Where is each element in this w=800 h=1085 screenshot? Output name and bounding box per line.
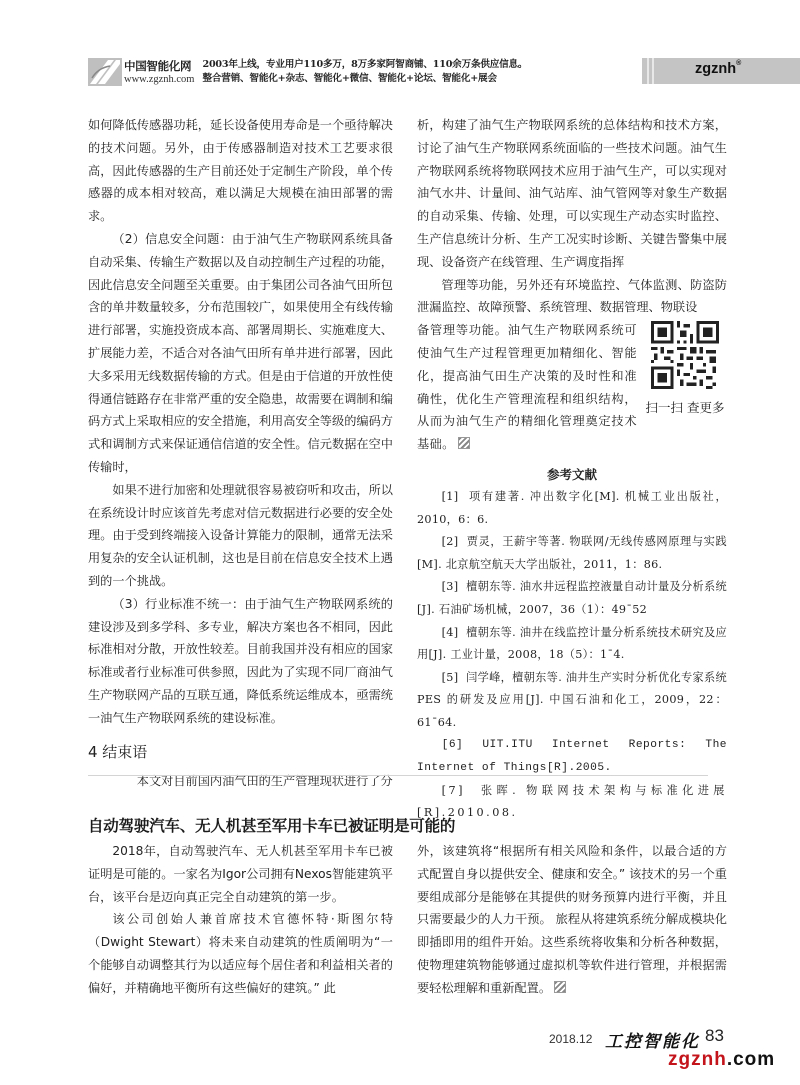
paragraph: 2018年，自动驾驶汽车、无人机甚至军用卡车已被证明是可能的。一家名为Igor公… <box>88 840 393 908</box>
tag-label-text: zgznh <box>695 61 736 77</box>
watermark-brand: zgznh <box>668 1049 727 1070</box>
tag-stripe <box>647 58 649 84</box>
reference-item: [6] UIT.ITU Internet Reports: The Intern… <box>417 734 727 779</box>
watermark: zgznh.com <box>668 1049 775 1071</box>
qr-caption: 扫一扫 查更多 <box>643 399 727 417</box>
section-heading: 4 结束语 <box>88 740 393 764</box>
paragraph: 如果不进行加密和处理就很容易被窃听和攻击，所以在系统设计时应该首先考虑对信元数据… <box>88 479 393 593</box>
paragraph: （3）行业标准不统一：由于油气生产物联网系统的建设涉及到多学科、多专业，解决方案… <box>88 593 393 730</box>
paragraph-text: 备管理等功能。油气生产物联网系统可使油气生产过程管理更加精细化、智能化，提高油气… <box>417 323 637 451</box>
slogans: 2003年上线，专业用户110多万，8万多家阿智商铺、110余万条供应信息。 整… <box>202 58 527 86</box>
brand-url-link[interactable]: www.zgznh.com <box>124 73 194 86</box>
conclusion-paragraph: 本文对目前国内油气田的生产管理现状进行了分 <box>88 770 393 793</box>
reference-number: [1] <box>442 490 459 503</box>
slogan-line-1: 2003年上线，专业用户110多万，8万多家阿智商铺、110余万条供应信息。 <box>202 58 527 72</box>
watermark-tld: .com <box>727 1049 775 1070</box>
reference-number: [6] <box>442 739 464 751</box>
reference-number: [7] <box>442 784 465 797</box>
paragraph-text: 外，该建筑将“根据所有相关风险和条件，以最合适的方式配置自身以提供安全、健康和安… <box>417 844 727 995</box>
article2-left-column: 2018年，自动驾驶汽车、无人机甚至军用卡车已被证明是可能的。一家名为Igor公… <box>88 840 393 1000</box>
reference-text: 贾灵，王薪宇等著. 物联网/无线传感网原理与实践[M]. 北京航空航天大学出版社… <box>417 535 727 571</box>
slogan-line-2: 整合营销、智能化+杂志、智能化+微信、智能化+论坛、智能化+展会 <box>202 72 527 86</box>
reference-number: [2] <box>442 535 459 548</box>
brand-block: 中国智能化网 www.zgznh.com <box>124 59 194 86</box>
article1-right-column: 析，构建了油气生产物联网系统的总体结构和技术方案，讨论了油气生产物联网系统面临的… <box>417 114 727 825</box>
article2-right-column: 外，该建筑将“根据所有相关风险和条件，以最合适的方式配置自身以提供安全、健康和安… <box>417 840 727 1000</box>
reference-text: 檀朝东等. 油井在线监控计量分析系统技术研究及应用[J]. 工业计量，2008，… <box>417 626 727 662</box>
end-mark-icon <box>554 981 566 993</box>
article1-left-column: 如何降低传感器功耗，延长设备使用寿命是一个亟待解决的技术问题。另外，由于传感器制… <box>88 114 393 792</box>
reference-item: [3] 檀朝东等. 油水井远程监控液量自动计量及分析系统[J]. 石油矿场机械，… <box>417 576 727 621</box>
reference-number: [5] <box>442 671 459 684</box>
issue-date: 2018.12 <box>549 1032 592 1046</box>
paragraph: 备管理等功能。油气生产物联网系统可使油气生产过程管理更加精细化、智能化，提高油气… <box>417 319 637 456</box>
reference-item: [7] 张晖. 物联网技术架构与标准化进展[R].2010.08. <box>417 780 727 825</box>
reference-number: [3] <box>442 580 459 593</box>
page-number: 83 <box>705 1026 724 1046</box>
reference-number: [4] <box>442 626 459 639</box>
paragraph: 管理等功能，另外还有环境监控、气体监测、防盗防泄漏监控、故障预警、系统管理、数据… <box>417 274 727 320</box>
paragraph: 析，构建了油气生产物联网系统的总体结构和技术方案，讨论了油气生产物联网系统面临的… <box>417 114 727 274</box>
reference-item: [4] 檀朝东等. 油井在线监控计量分析系统技术研究及应用[J]. 工业计量，2… <box>417 622 727 667</box>
references-title: 参考文献 <box>417 464 727 486</box>
reference-item: [5] 闫学峰，檀朝东等. 油井生产实时分析优化专家系统 PES 的研发及应用[… <box>417 667 727 735</box>
masthead: 中国智能化网 www.zgznh.com 2003年上线，专业用户110多万，8… <box>88 56 527 88</box>
paragraph: 外，该建筑将“根据所有相关风险和条件，以最合适的方式配置自身以提供安全、健康和安… <box>417 840 727 1000</box>
tag-label: zgznh® <box>695 61 741 77</box>
reference-text: 项有建著. 冲出数字化[M]. 机械工业出版社，2010，6：6. <box>417 490 727 526</box>
reference-text: UIT.ITU Internet Reports: The Internet o… <box>417 739 727 774</box>
registered-mark: ® <box>736 60 741 67</box>
reference-text: 檀朝东等. 油水井远程监控液量自动计量及分析系统[J]. 石油矿场机械，2007… <box>417 580 727 616</box>
paragraph: 该公司创始人兼首席技术官德怀特·斯图尔特（Dwight Stewart）将未来自… <box>88 908 393 999</box>
end-mark-icon <box>458 437 470 449</box>
reference-item: [1] 项有建著. 冲出数字化[M]. 机械工业出版社，2010，6：6. <box>417 486 727 531</box>
reference-item: [2] 贾灵，王薪宇等著. 物联网/无线传感网原理与实践[M]. 北京航空航天大… <box>417 531 727 576</box>
article-divider <box>88 775 708 776</box>
tag-stripe <box>652 58 654 84</box>
article2-title: 自动驾驶汽车、无人机甚至军用卡车已被证明是可能的 <box>88 814 455 836</box>
qr-block: 扫一扫 查更多 <box>643 321 727 417</box>
zgznh-tag: zgznh® <box>642 58 800 84</box>
zgznh-logo-icon <box>88 58 122 86</box>
reference-text: 闫学峰，檀朝东等. 油井生产实时分析优化专家系统 PES 的研发及应用[J]. … <box>417 671 727 729</box>
paragraph: （2）信息安全问题：由于油气生产物联网系统具备自动采集、传输生产数据以及自动控制… <box>88 228 393 479</box>
qr-code-icon[interactable] <box>651 321 719 389</box>
paragraph: 如何降低传感器功耗，延长设备使用寿命是一个亟待解决的技术问题。另外，由于传感器制… <box>88 114 393 228</box>
brand-name: 中国智能化网 <box>124 59 194 73</box>
qr-wrap-region: 备管理等功能。油气生产物联网系统可使油气生产过程管理更加精细化、智能化，提高油气… <box>417 319 727 456</box>
